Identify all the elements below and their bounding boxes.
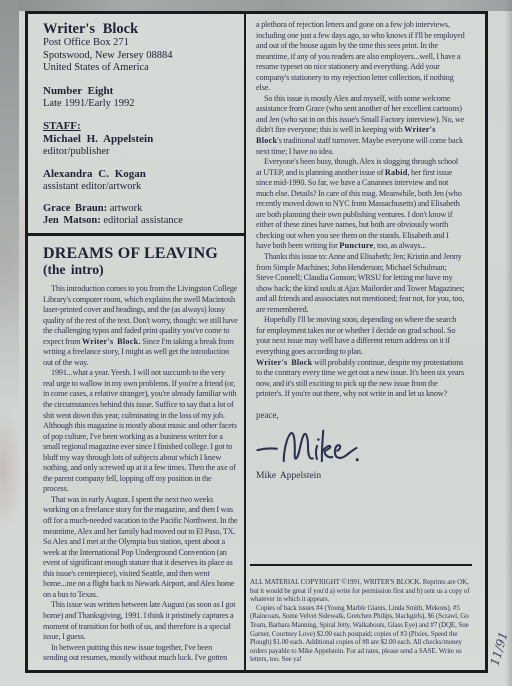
copyright-paragraph: ALL MATERIAL COPYRIGHT ©1991, WRITER'S B…	[250, 578, 472, 604]
credit-name: Jen Matson:	[43, 215, 101, 226]
address-line: Spotswood, New Jersey 08884	[43, 50, 238, 63]
scan-edge-right	[505, 0, 512, 686]
credit-line: Grace Braun: artwork	[43, 203, 238, 216]
staff-name: Michael H. Appelstein	[43, 133, 238, 146]
page-border-frame: Writer's Block Post Office Box 271 Spots…	[25, 11, 488, 673]
body-paragraph: Writer's Block will probably continue, d…	[256, 358, 465, 400]
valediction: peace,	[256, 410, 465, 420]
credit-role: editorial assistance	[101, 215, 183, 226]
staff-role: editor/publisher	[43, 146, 238, 158]
scanned-zine-page: Writer's Block Post Office Box 271 Spots…	[0, 0, 512, 686]
intro-paragraph: 1991...what a year. Yeesh. I will not su…	[43, 368, 238, 495]
staff-name: Alexandra C. Kogan	[43, 168, 238, 181]
intro-paragraph: This introduction comes to you from the …	[43, 284, 238, 368]
fineprint-rule	[250, 564, 472, 566]
article-subtitle: (the intro)	[43, 262, 238, 277]
backissues-paragraph: Copies of back issues #4 (Young Marble G…	[250, 604, 472, 664]
address-line: United States of America	[43, 62, 238, 75]
spacer	[43, 110, 238, 120]
intro-paragraph: That was in early August. I spent the ne…	[43, 495, 238, 600]
text-run: , too, as always...	[374, 241, 427, 250]
zine-title: Writer's Block	[43, 21, 238, 37]
spacer	[43, 75, 238, 85]
scan-edge-top	[0, 0, 512, 11]
spacer	[43, 193, 238, 203]
body-paragraph: Everyone's been busy, though. Alex is sl…	[256, 157, 465, 252]
signed-name: Mike Appelstein	[256, 471, 465, 481]
body-paragraph: Thanks this issue to: Anne and Elisabeth…	[256, 252, 465, 315]
staff-heading: STAFF:	[43, 120, 238, 133]
masthead-box: Writer's Block Post Office Box 271 Spots…	[28, 14, 244, 236]
issue-date: Late 1991/Early 1992	[43, 98, 238, 111]
credit-role: artwork	[107, 203, 142, 214]
copyright-block: ALL MATERIAL COPYRIGHT ©1991, WRITER'S B…	[250, 564, 472, 664]
intro-paragraph: This issue was written between late Augu…	[43, 600, 238, 642]
credit-line: Jen Matson: editorial assistance	[43, 215, 238, 228]
staff-role: assistant editor/artwork	[43, 181, 238, 193]
zine-name-bold: Writer's Block.	[82, 337, 141, 346]
text-run: , her first issue since mid-1990. So far…	[256, 168, 462, 251]
scan-edge-left	[0, 0, 19, 430]
address-line: Post Office Box 271	[43, 37, 238, 50]
article-title: DREAMS OF LEAVING	[43, 245, 238, 262]
handwritten-signature	[256, 425, 360, 471]
body-paragraph: So this issue is mostly Alex and myself,…	[256, 94, 465, 157]
zine-name-bold: Writer's Block	[256, 358, 312, 367]
issue-number: Number Eight	[43, 85, 238, 98]
body-paragraph: Hopefully I'll be moving soon, depending…	[256, 315, 465, 357]
zine-name-bold: Rabid	[385, 168, 408, 177]
zine-name-bold: Puncture	[339, 241, 373, 250]
credit-name: Grace Braun:	[43, 203, 107, 214]
body-paragraph: a plethora of rejection letters and gone…	[256, 20, 465, 94]
intro-article: DREAMS OF LEAVING (the intro) This intro…	[28, 236, 244, 664]
text-run: 's traditional staff turnover. Maybe eve…	[256, 136, 463, 156]
right-column: a plethora of rejection letters and gone…	[246, 14, 485, 670]
intro-paragraph: In between putting this new issue togeth…	[43, 643, 238, 664]
closing-block: peace, Mike Appelstein	[256, 410, 465, 481]
left-column: Writer's Block Post Office Box 271 Spots…	[28, 14, 244, 670]
spacer	[43, 158, 238, 168]
